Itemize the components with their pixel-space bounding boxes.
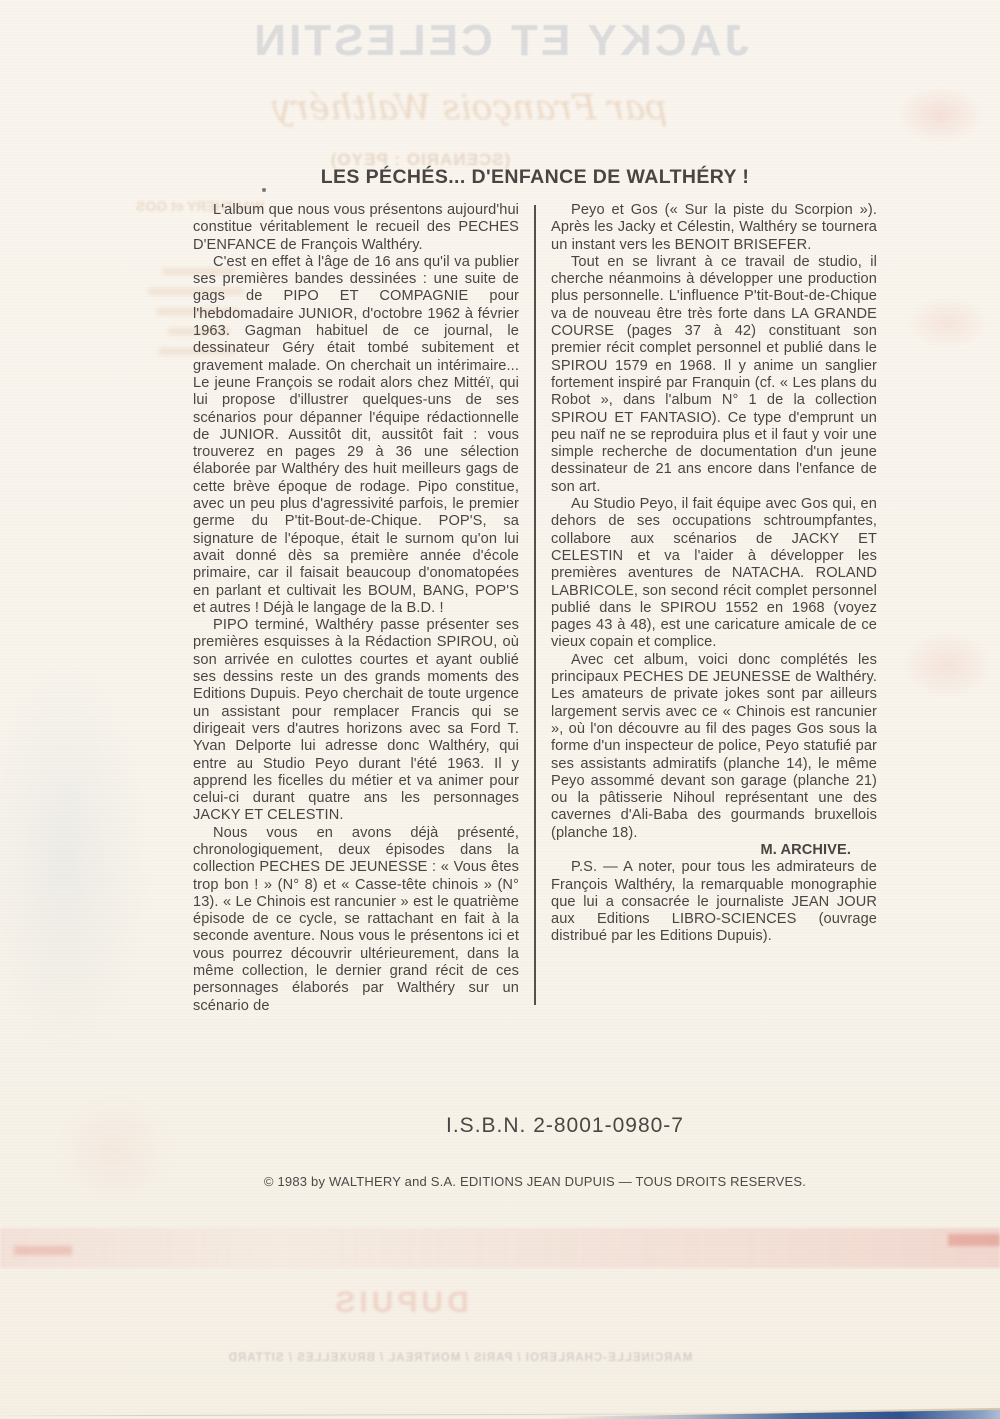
bleedthrough-red-mark bbox=[948, 1234, 1000, 1246]
paragraph-right-4: Avec cet album, voici donc complétés les… bbox=[551, 652, 877, 842]
paragraph-right-3: Au Studio Peyo, il fait équipe avec Gos … bbox=[551, 496, 877, 652]
bleedthrough-artwork-band bbox=[0, 1228, 1000, 1268]
paragraph-left-2: C'est en effet à l'âge de 16 ans qu'il v… bbox=[193, 254, 519, 617]
paragraph-left-4: Nous vous en avons déjà présenté, chrono… bbox=[193, 825, 519, 1015]
postscript: P.S. — A noter, pour tous les admirateur… bbox=[551, 859, 877, 945]
paragraph-right-2: Tout en se livrant à ce travail de studi… bbox=[551, 254, 877, 496]
right-column: Peyo et Gos (« Sur la piste du Scorpion … bbox=[551, 202, 877, 1015]
paragraph-right-1: Peyo et Gos (« Sur la piste du Scorpion … bbox=[551, 202, 877, 254]
bleedthrough-blotch bbox=[0, 650, 150, 1070]
copyright-line: © 1983 by WALTHERY and S.A. EDITIONS JEA… bbox=[0, 1174, 1000, 1189]
bleedthrough-blotch bbox=[55, 1090, 175, 1210]
bleedthrough-blotch bbox=[895, 85, 985, 145]
bleedthrough-blotch bbox=[900, 630, 995, 700]
page-title: LES PÉCHÉS... D'ENFANCE DE WALTHÉRY ! bbox=[193, 166, 877, 189]
bleedthrough-publisher-cities: MARCINELLE-CHARLEROI / PARIS / MONTREAL … bbox=[150, 1352, 770, 1364]
paragraph-left-3: PIPO terminé, Walthéry passe présenter s… bbox=[193, 617, 519, 825]
bleedthrough-verso-author: par François Walthéry bbox=[0, 88, 940, 128]
bleedthrough-verso-title: JACKY ET CELESTIN bbox=[0, 16, 1000, 66]
isbn-line: I.S.B.N. 2-8001-0980-7 bbox=[0, 1114, 1000, 1138]
scanned-book-page: JACKY ET CELESTIN par François Walthéry … bbox=[0, 0, 1000, 1419]
bleedthrough-publisher-logo: DUPUIS bbox=[60, 1286, 740, 1320]
left-column: L'album que nous vous présentons aujourd… bbox=[193, 202, 519, 1015]
bleedthrough-blotch bbox=[905, 295, 990, 350]
article: LES PÉCHÉS... D'ENFANCE DE WALTHÉRY ! L'… bbox=[193, 166, 877, 1015]
bleedthrough-red-mark bbox=[14, 1246, 72, 1255]
author-signature: M. ARCHIVE. bbox=[551, 842, 877, 859]
two-column-text: L'album que nous vous présentons aujourd… bbox=[193, 202, 877, 1015]
column-divider bbox=[534, 205, 536, 1005]
paragraph-left-1: L'album que nous vous présentons aujourd… bbox=[193, 202, 519, 254]
